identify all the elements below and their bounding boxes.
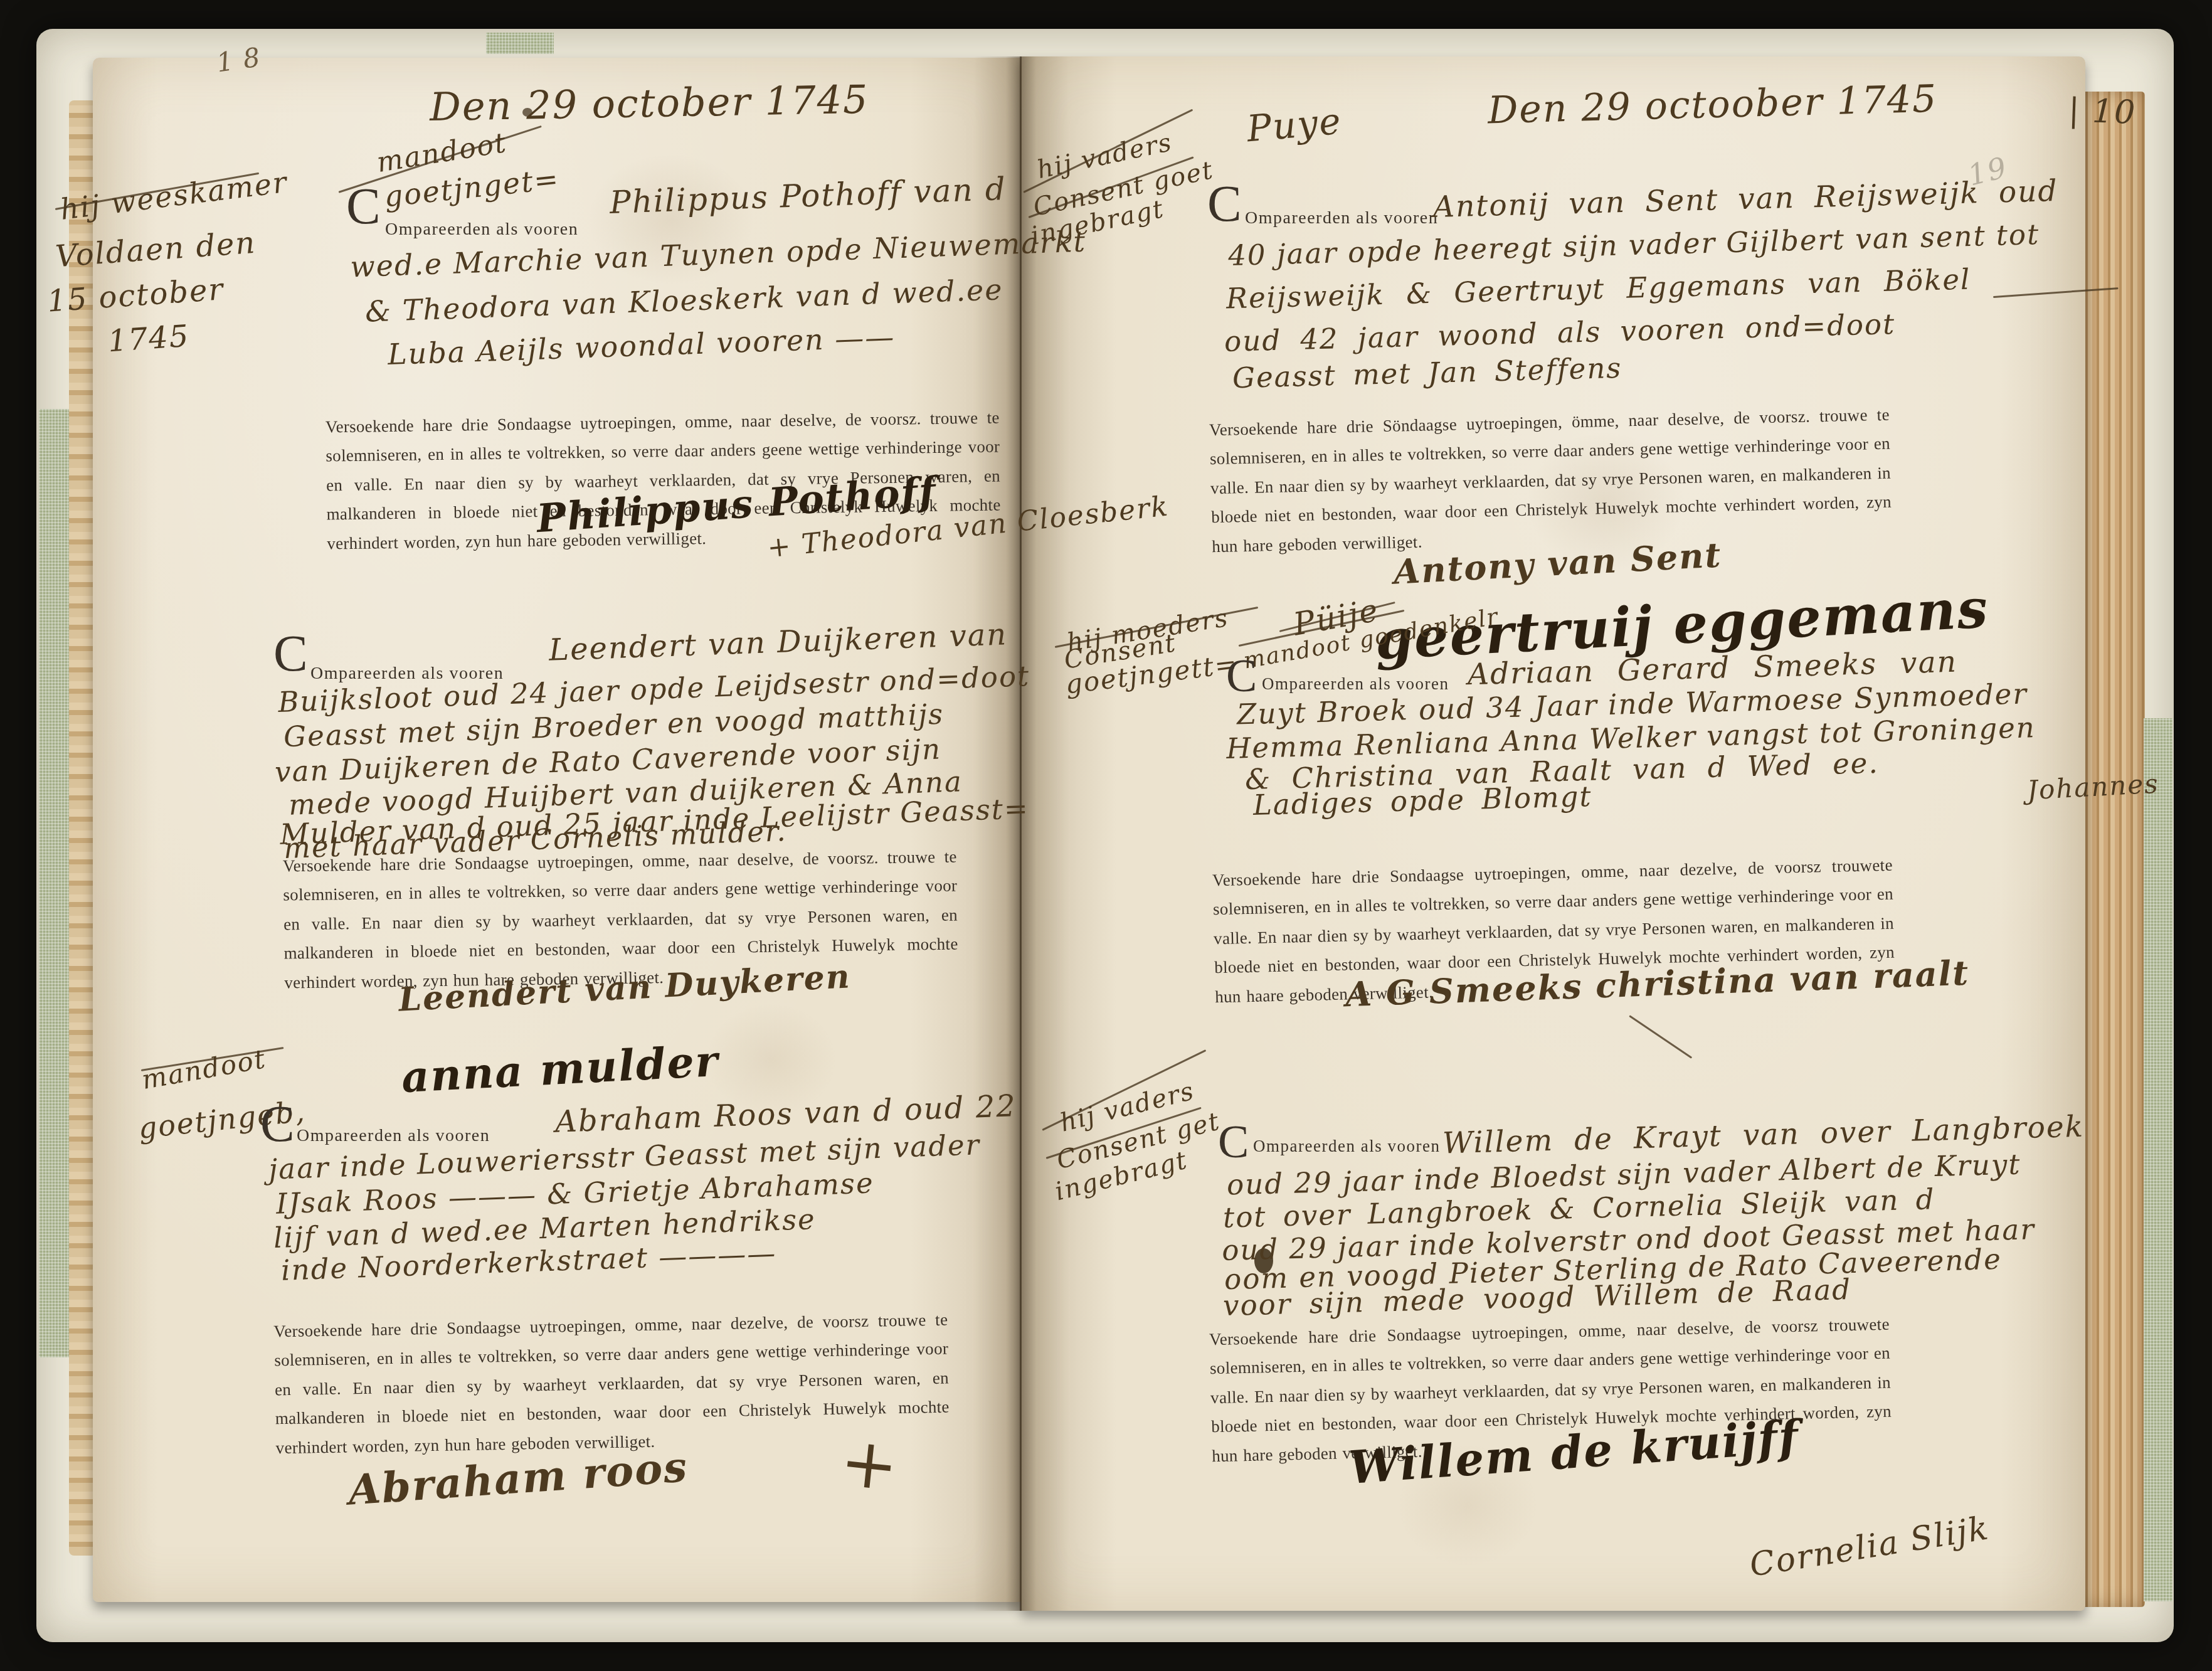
- entry-initial: C: [346, 183, 381, 230]
- right-folio-number: | 10: [2068, 92, 2137, 132]
- entry-initial: C: [273, 630, 308, 677]
- cover-cloth-right: [2144, 718, 2172, 1601]
- entry-opening: Ompareerden als vooren: [1253, 1137, 1440, 1156]
- entry-opening: Ompareerden als vooren: [1245, 208, 1438, 228]
- cover-cloth-left: [39, 409, 70, 1357]
- book-scan: 18 Den 29 october 1745 mandoot goetjnget…: [0, 0, 2212, 1671]
- right-place-note: Puye: [1245, 100, 1343, 151]
- left-margin-note: 1745: [107, 319, 191, 359]
- banns-formula: Versoekende hare drie Söndaagse uytroepi…: [1209, 400, 1893, 561]
- entry-initial: C: [1218, 1122, 1249, 1164]
- entry-opening: Ompareerden als vooren: [1262, 674, 1449, 694]
- entry-initial: C: [1207, 181, 1242, 227]
- cover-cloth-top: [486, 33, 554, 54]
- page-block-fore-edge: [2081, 92, 2145, 1607]
- left-date-header: Den 29 october 1745: [429, 77, 869, 130]
- entry-initial: C: [260, 1101, 295, 1147]
- signature-mark-cross: +: [837, 1421, 904, 1507]
- entry-opening: Ompareerden als vooren: [385, 220, 578, 240]
- entry-opening: Ompareerden als vooren: [297, 1126, 490, 1146]
- entry-initial: C: [1226, 655, 1257, 698]
- gutter-line: [1020, 56, 1022, 1611]
